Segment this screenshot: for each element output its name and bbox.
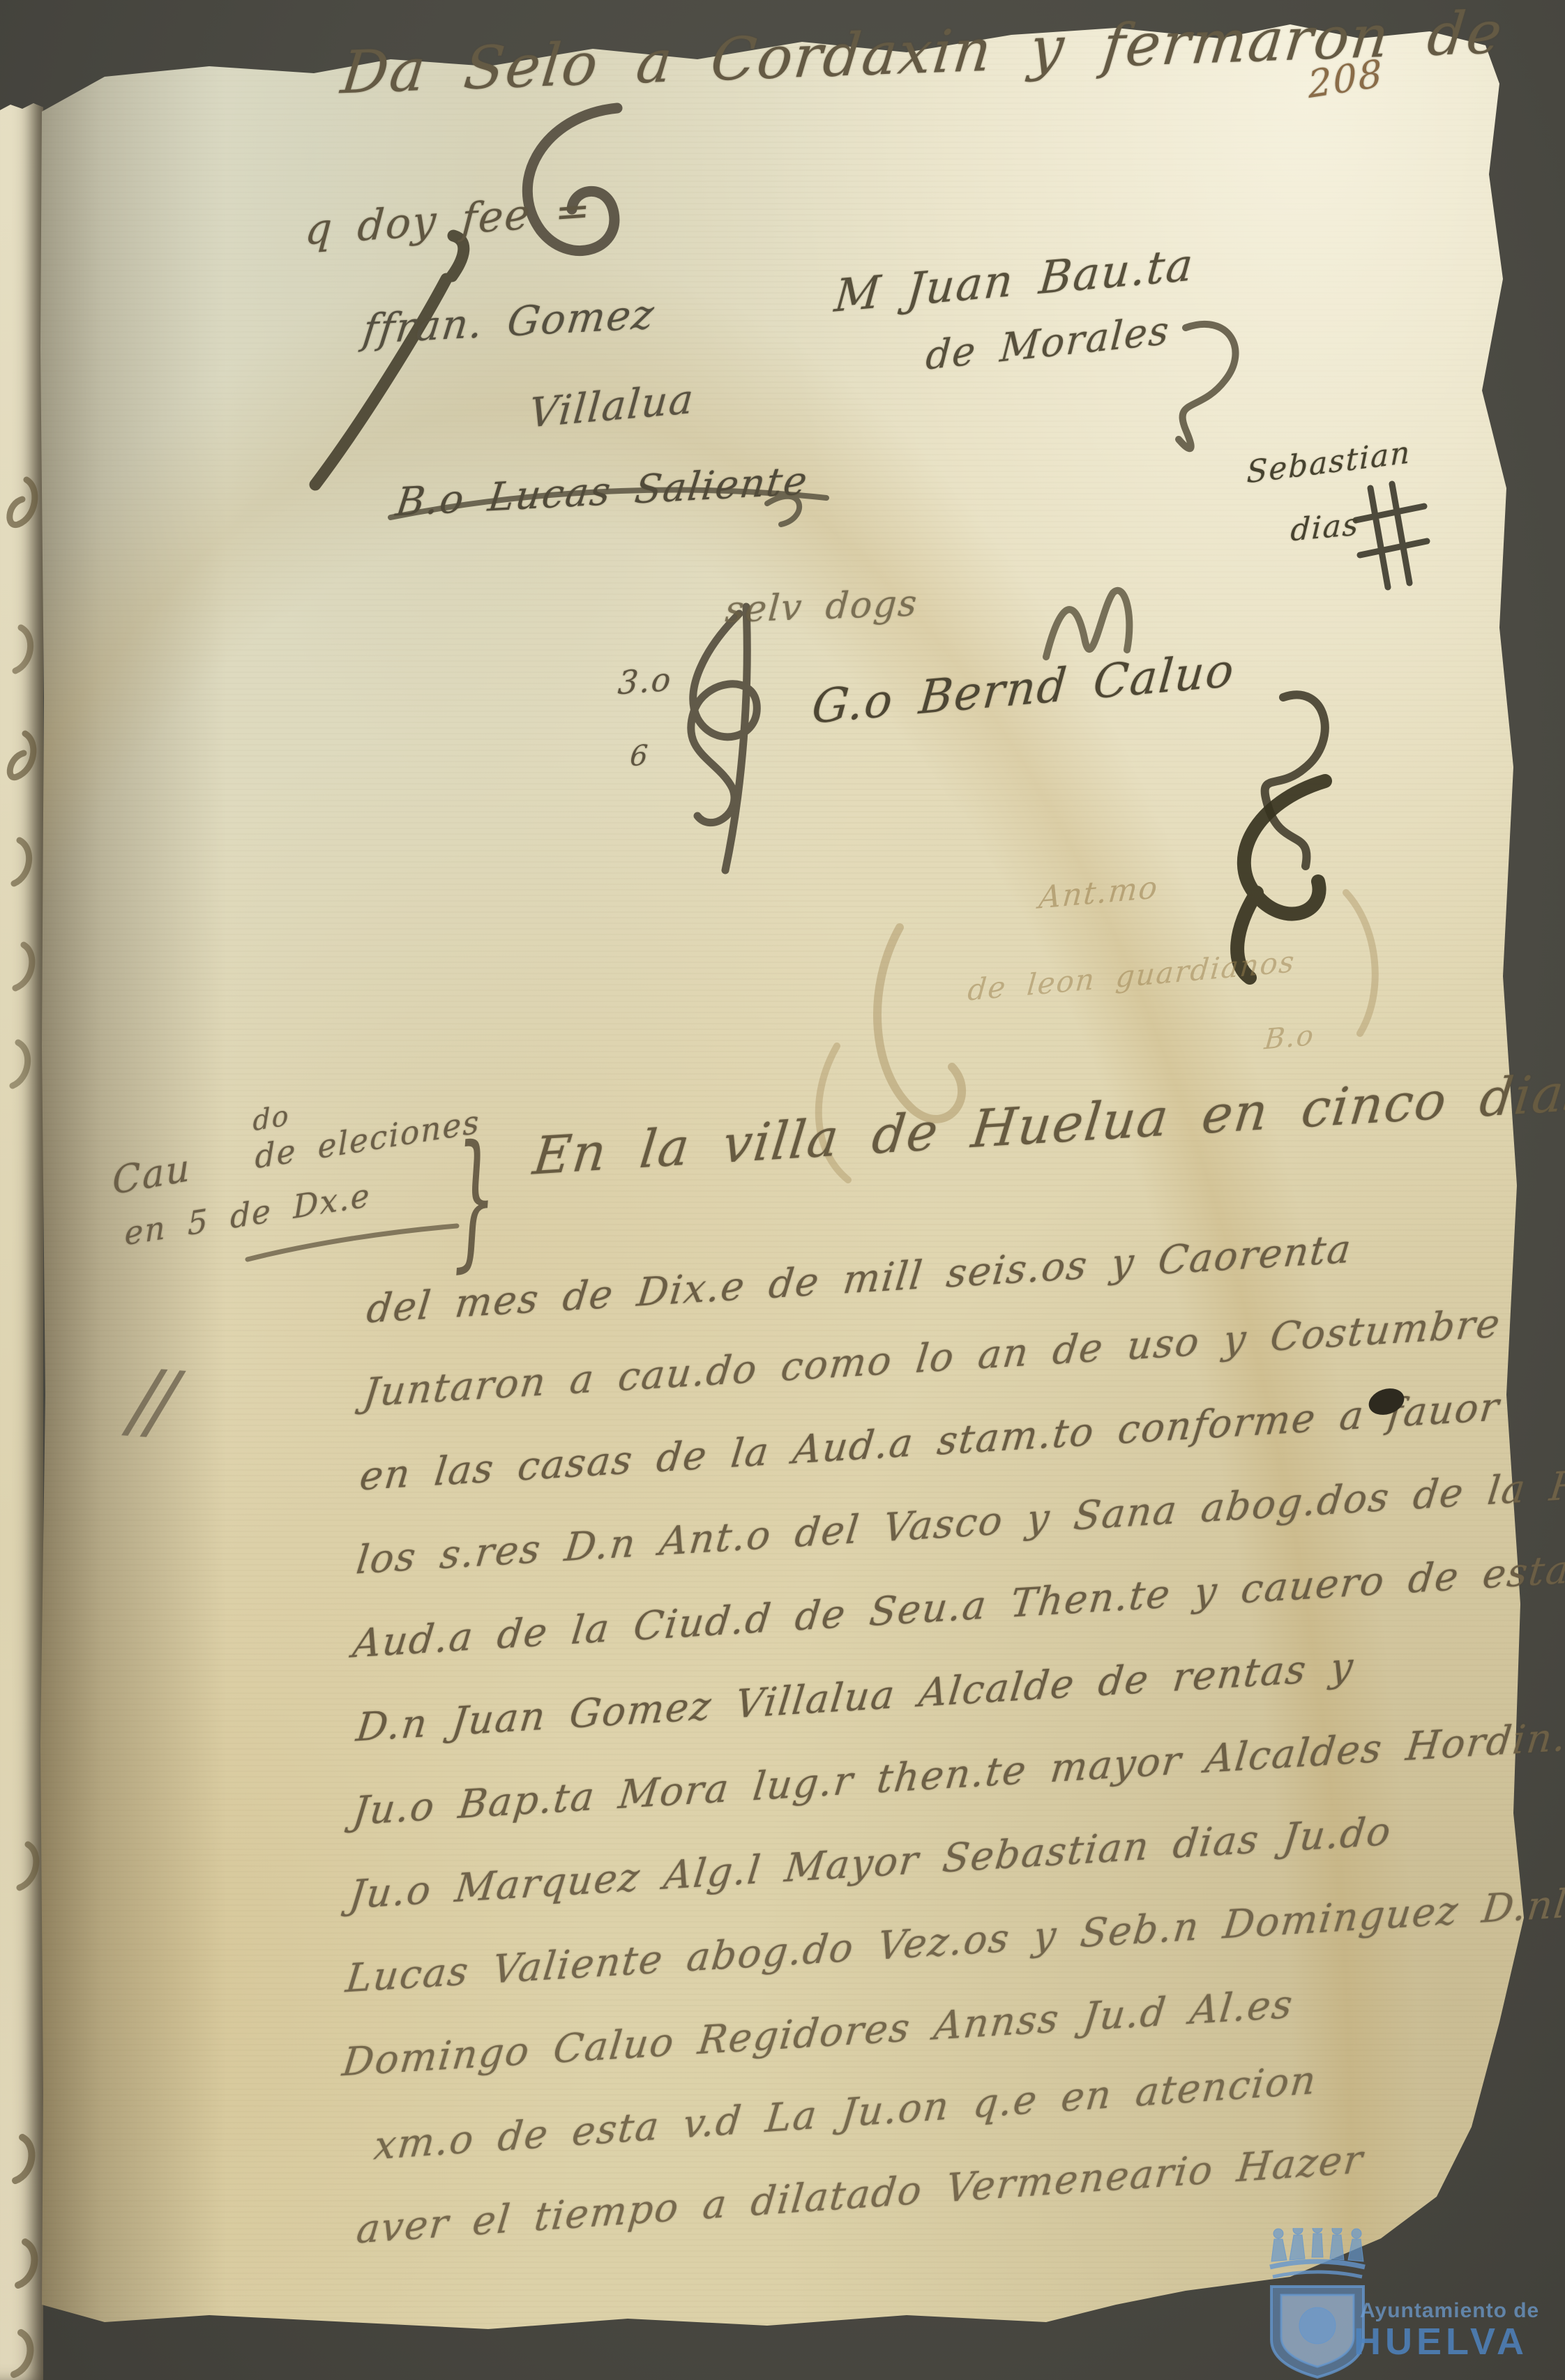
signature-dias: dias (1290, 506, 1360, 548)
margin-dash (248, 1226, 457, 1259)
margin-brace: } (450, 1111, 500, 1287)
archive-watermark: Ayuntamiento de HUELVA (1252, 2228, 1565, 2380)
watermark-org-label: Ayuntamiento de (1360, 2299, 1539, 2323)
rubric-numeral: 3.o (617, 660, 673, 702)
morales-rubric (1179, 324, 1236, 448)
sebastian-rubric (1356, 484, 1427, 587)
gomez-rubric (315, 236, 464, 485)
watermark-city-label: HUELVA (1354, 2320, 1528, 2363)
archival-scan: { "document": { "page_number": "208", "h… (0, 0, 1565, 2380)
knot-rubric (691, 607, 757, 870)
faint-flourish-2 (1346, 893, 1375, 1033)
margin-note-superscript: do (252, 1100, 290, 1138)
rubric-numeral-2: 6 (629, 739, 651, 773)
inverted-note: selv dogs (724, 582, 920, 631)
faint-flourish-1 (877, 927, 962, 1119)
faint-text-bo: B.o (1263, 1020, 1316, 1056)
selv-rubric (1046, 591, 1129, 657)
margin-slashes: // (127, 1351, 170, 1450)
facing-page-ink-fragments (10, 480, 36, 2374)
